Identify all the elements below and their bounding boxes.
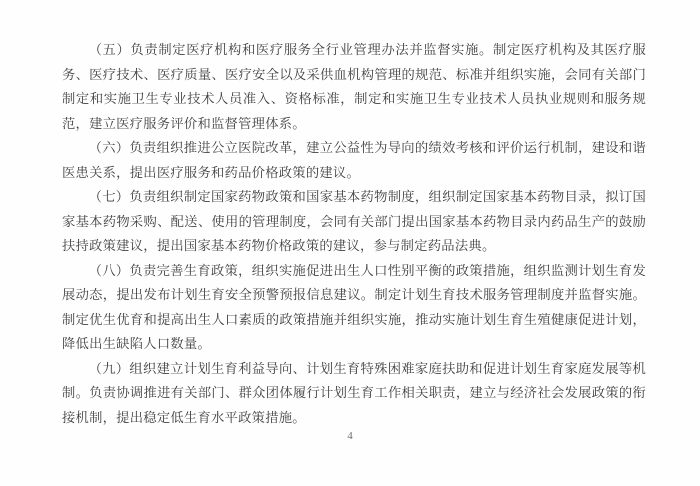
document-page: （五）负责制定医疗机构和医疗服务全行业管理办法并监督实施。制定医疗机构及其医疗服… bbox=[0, 0, 700, 486]
paragraph-item-8: （八）负责完善生育政策，组织实施促进出生人口性别平衡的政策措施，组织监测计划生育… bbox=[62, 259, 646, 357]
paragraph-item-6: （六）负责组织推进公立医院改革，建立公益性为导向的绩效考核和评价运行机制，建设和… bbox=[62, 136, 646, 185]
paragraph-item-9: （九）组织建立计划生育利益导向、计划生育特殊困难家庭扶助和促进计划生育家庭发展等… bbox=[62, 357, 646, 431]
paragraph-item-7: （七）负责组织制定国家药物政策和国家基本药物制度，组织制定国家基本药物目录，拟订… bbox=[62, 185, 646, 259]
paragraph-item-5: （五）负责制定医疗机构和医疗服务全行业管理办法并监督实施。制定医疗机构及其医疗服… bbox=[62, 38, 646, 136]
page-number: 4 bbox=[0, 429, 700, 443]
document-body: （五）负责制定医疗机构和医疗服务全行业管理办法并监督实施。制定医疗机构及其医疗服… bbox=[62, 38, 646, 430]
